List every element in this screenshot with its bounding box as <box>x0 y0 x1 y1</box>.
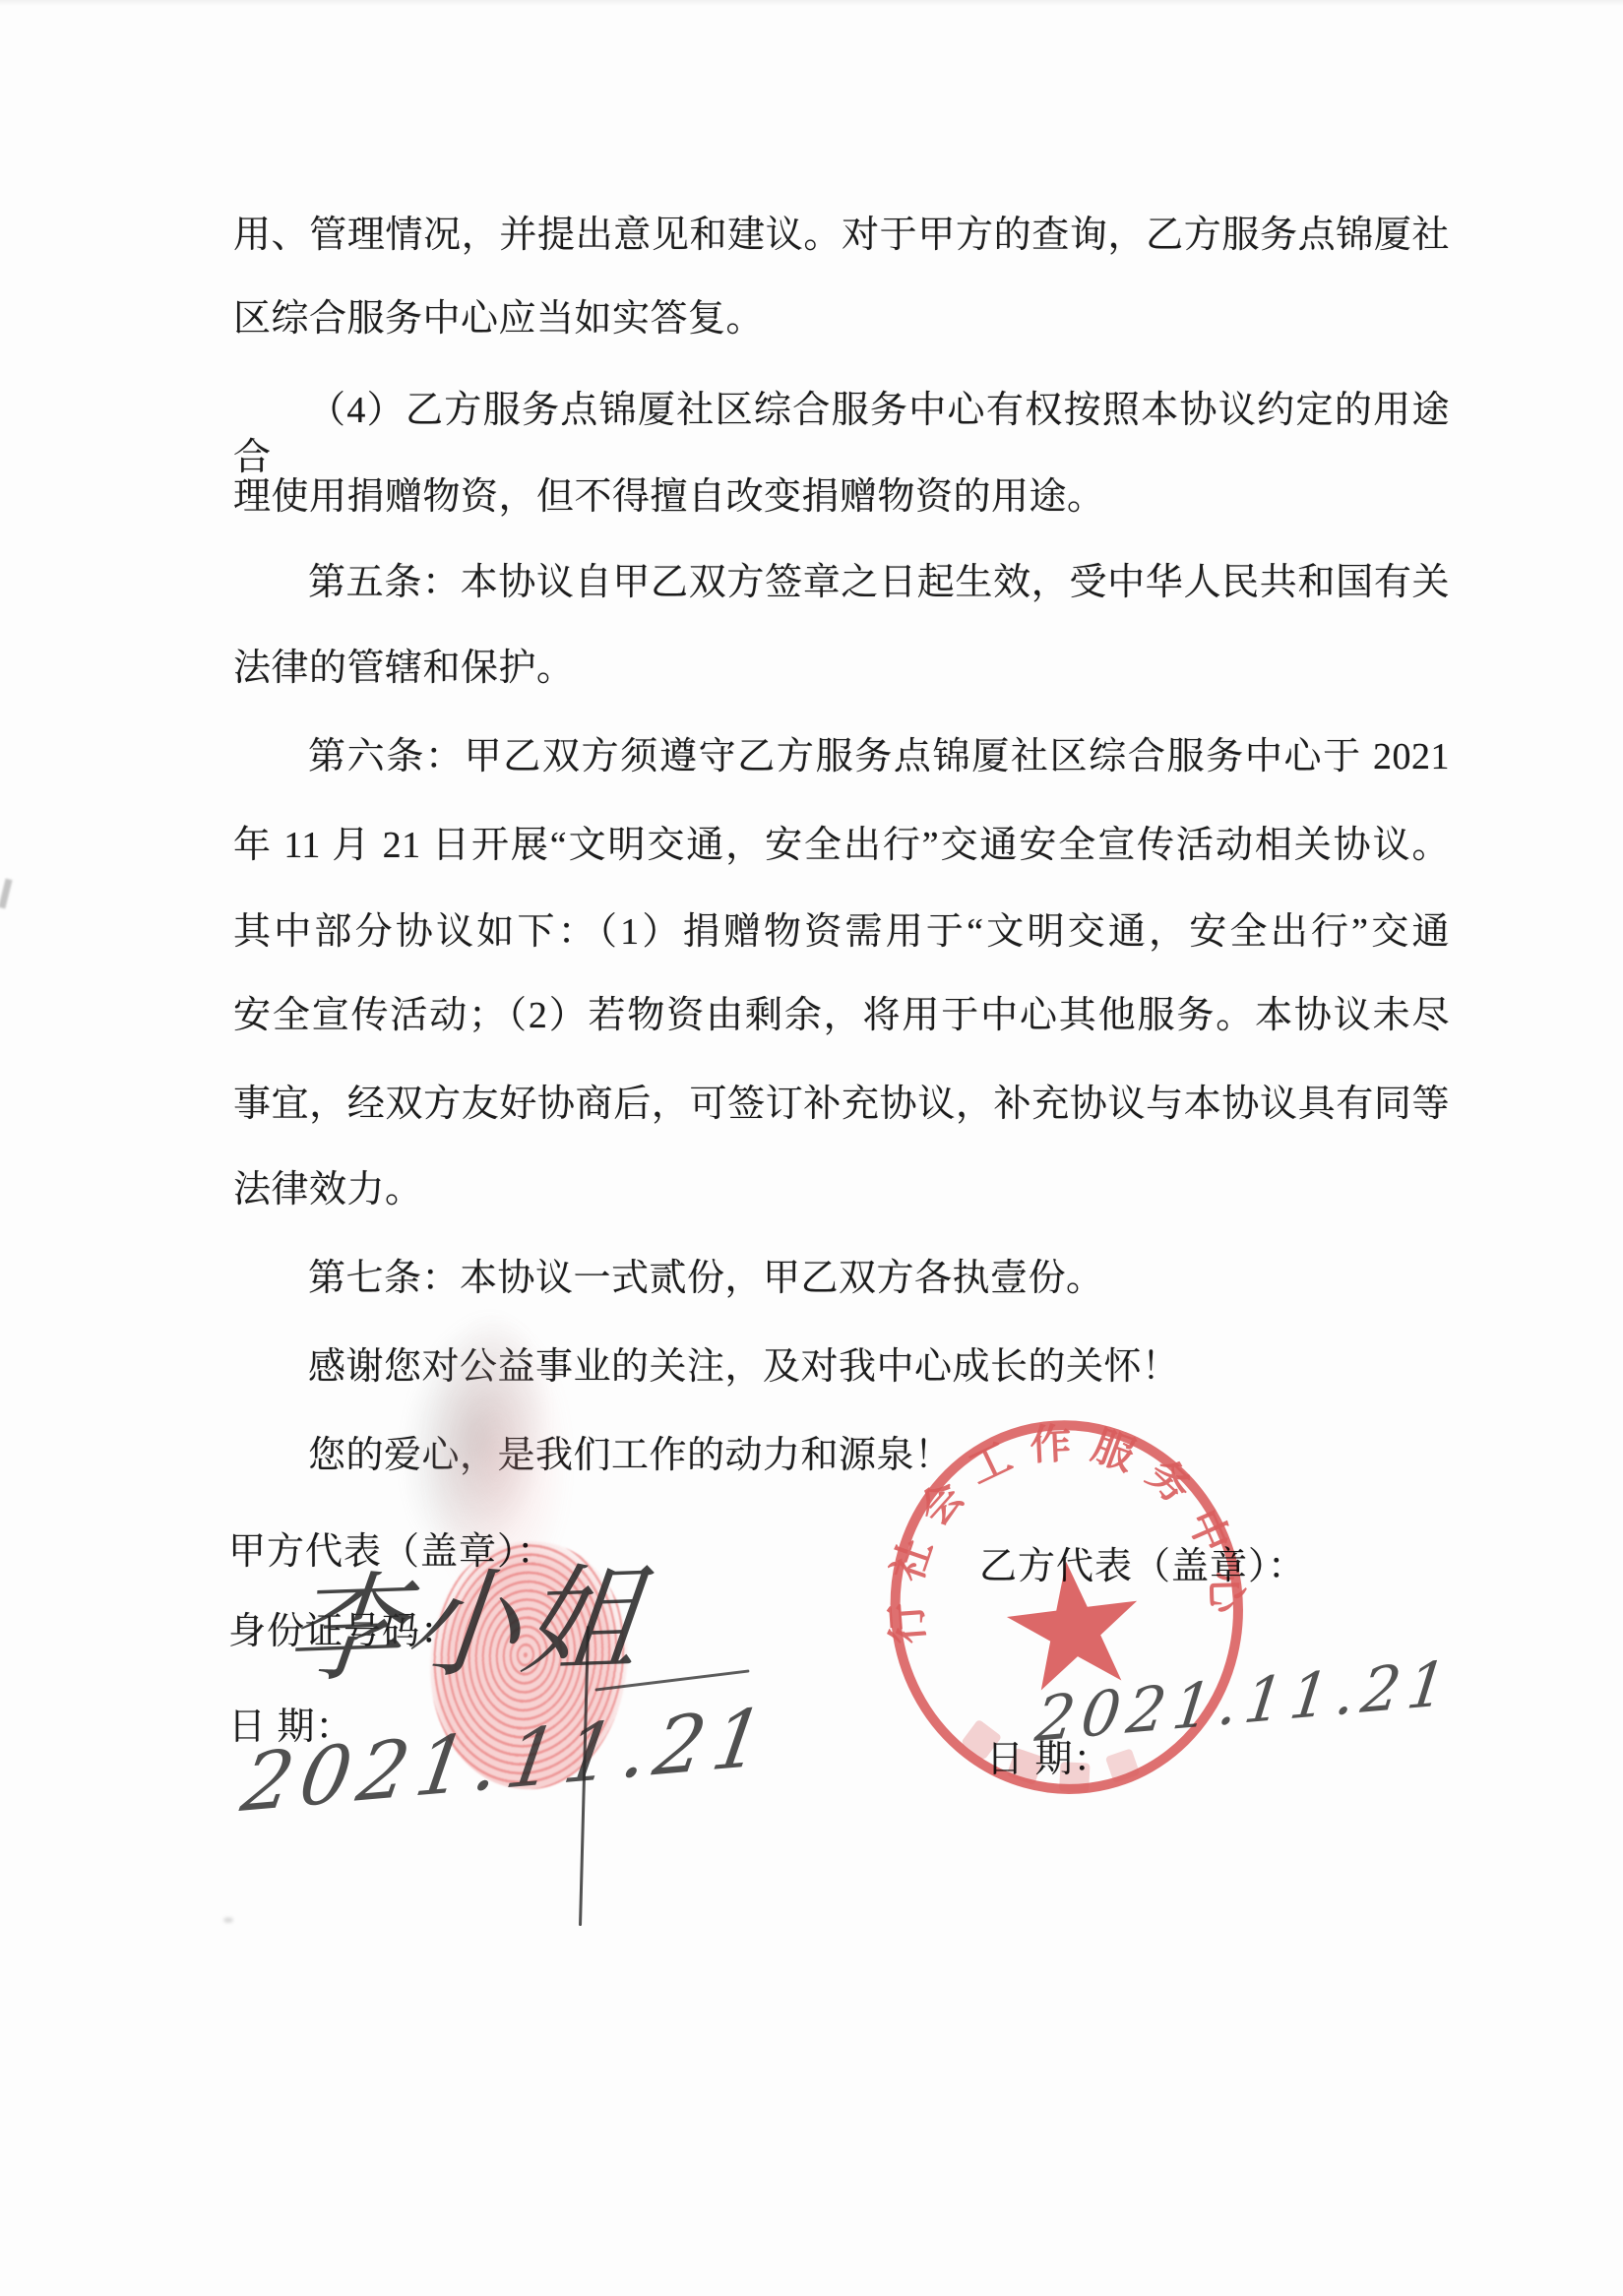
body-line: 安全宣传活动；（2）若物资由剩余，将用于中心其他服务。本协议未尽 <box>233 993 1450 1040</box>
body-line: 第六条：甲乙双方须遵守乙方服务点锦厦社区综合服务中心于 2021 <box>233 734 1450 781</box>
body-line: 用、管理情况，并提出意见和建议。对于甲方的查询，乙方服务点锦厦社 <box>233 213 1450 260</box>
body-line: （4）乙方服务点锦厦社区综合服务中心有权按照本协议约定的用途合 <box>233 388 1450 481</box>
party-a-handwritten-signature: 李小姐 <box>279 1524 651 1705</box>
scan-artifact-left-edge <box>0 879 13 909</box>
scan-shadow-top <box>0 0 1623 6</box>
official-seal-stamp: 行社会工作服务中心 <box>847 1388 1288 1846</box>
scanned-agreement-page: 用、管理情况，并提出意见和建议。对于甲方的查询，乙方服务点锦厦社 区综合服务中心… <box>0 0 1623 2296</box>
body-line: 区综合服务中心应当如实答复。 <box>233 296 1450 343</box>
body-line: 理使用捐赠物资，但不得擅自改变捐赠物资的用途。 <box>233 474 1450 522</box>
body-line: 事宜，经双方友好协商后，可签订补充协议，补充协议与本协议具有同等 <box>233 1082 1450 1129</box>
scan-artifact-speck <box>223 1917 233 1923</box>
body-line: 年 11 月 21 日开展“文明交通，安全出行”交通安全宣传活动相关协议。 <box>233 823 1450 870</box>
body-line: 法律效力。 <box>233 1167 1450 1214</box>
body-line: 法律的管辖和保护。 <box>233 646 1450 693</box>
body-line: 第五条：本协议自甲乙双方签章之日起生效，受中华人民共和国有关 <box>233 560 1450 607</box>
seal-star-icon <box>1001 1554 1147 1694</box>
body-line: 其中部分协议如下：（1）捐赠物资需用于“文明交通，安全出行”交通 <box>233 909 1450 957</box>
body-line: 第七条：本协议一式贰份，甲乙双方各执壹份。 <box>233 1256 1450 1303</box>
